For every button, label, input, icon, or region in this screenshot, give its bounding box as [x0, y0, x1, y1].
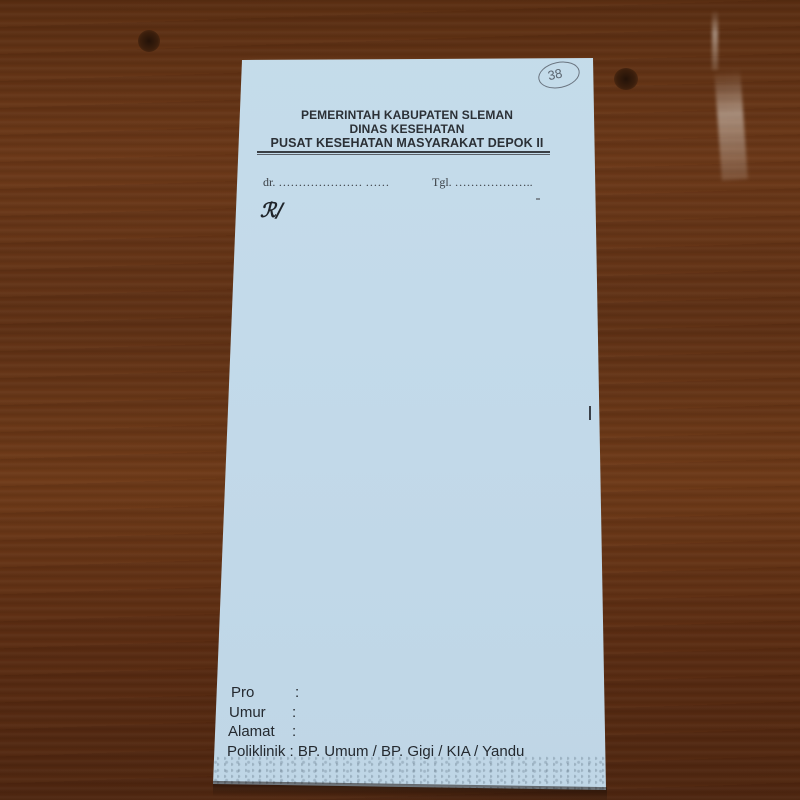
header-clinic: PUSAT KESEHATAN MASYARAKAT DEPOK II	[258, 136, 556, 150]
footer-colon: :	[292, 704, 296, 721]
header-department: DINAS KESEHATAN	[262, 122, 552, 136]
footer-colon: :	[292, 723, 296, 740]
footer-label: Pro	[231, 684, 254, 701]
footer-colon: :	[295, 684, 299, 701]
margin-tick-mark	[589, 406, 591, 420]
footer-label: Alamat	[228, 723, 275, 740]
rx-symbol: ℛ/	[260, 198, 283, 222]
header-rule-thin	[257, 154, 550, 155]
header-government: PEMERINTAH KABUPATEN SLEMAN	[262, 108, 552, 122]
handwritten-number: 38	[546, 65, 563, 83]
header-rule	[257, 151, 550, 153]
date-field[interactable]: Tgl. ………………..	[432, 175, 533, 190]
footer-label: Poliklinik	[227, 743, 285, 760]
poliklinik-options: BP. Umum / BP. Gigi / KIA / Yandu	[298, 743, 525, 760]
wood-scratch	[712, 10, 718, 70]
wood-knot	[614, 68, 638, 90]
doctor-field[interactable]: dr. ………………… ……	[263, 175, 389, 190]
footer-label: Umur	[229, 704, 266, 721]
wood-knot	[138, 30, 160, 52]
wood-scratch	[714, 69, 748, 181]
footer-colon: :	[290, 743, 294, 760]
ink-mark	[536, 198, 540, 200]
footer-row-poliklinik[interactable]: Poliklinik : BP. Umum / BP. Gigi / KIA /…	[227, 743, 524, 760]
